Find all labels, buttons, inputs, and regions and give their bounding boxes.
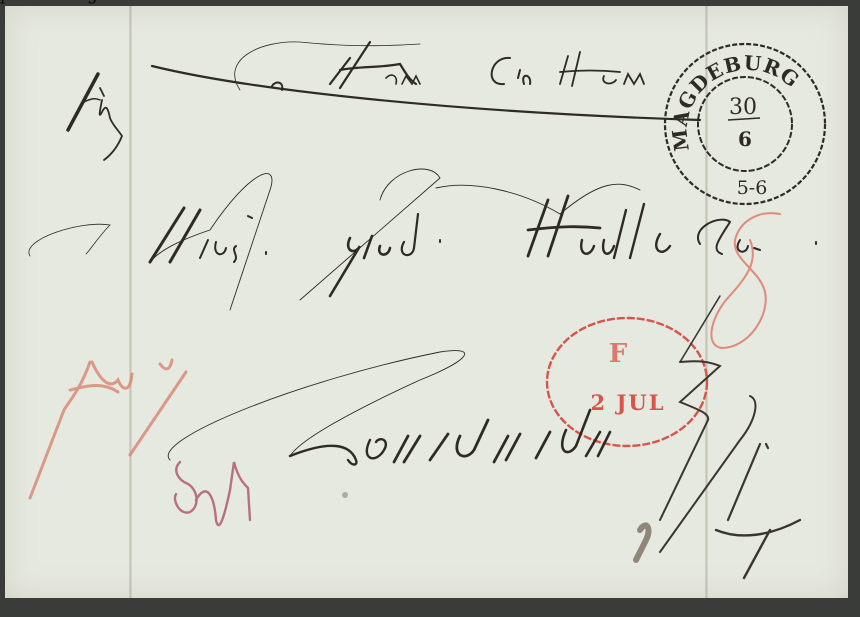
magenta-rate-mark — [175, 462, 250, 525]
address-line-2 — [168, 351, 610, 465]
routing-note — [152, 42, 700, 120]
postmark-day: 30 — [729, 95, 757, 120]
black-rate-mark — [636, 296, 800, 578]
london-arrival-postmark: F 2 JUL — [547, 318, 707, 446]
arrival-postmark-date: 2 JUL — [591, 390, 666, 415]
arrival-postmark-letter: F — [609, 339, 628, 369]
address-line-2-text: London — [0, 0, 61, 4]
address-line-1 — [29, 169, 816, 310]
cover-artwork: p. Hamburg Steam MAGDEBURG 30 6 5-6 Mess… — [0, 0, 860, 617]
postmark-time: 5-6 — [737, 177, 768, 199]
magdeburg-postmark: MAGDEBURG 30 6 5-6 — [665, 44, 825, 204]
top-left-manuscript-mark — [68, 74, 122, 160]
postmark-month: 6 — [738, 127, 752, 151]
red-crayon-left-mark — [30, 360, 186, 498]
